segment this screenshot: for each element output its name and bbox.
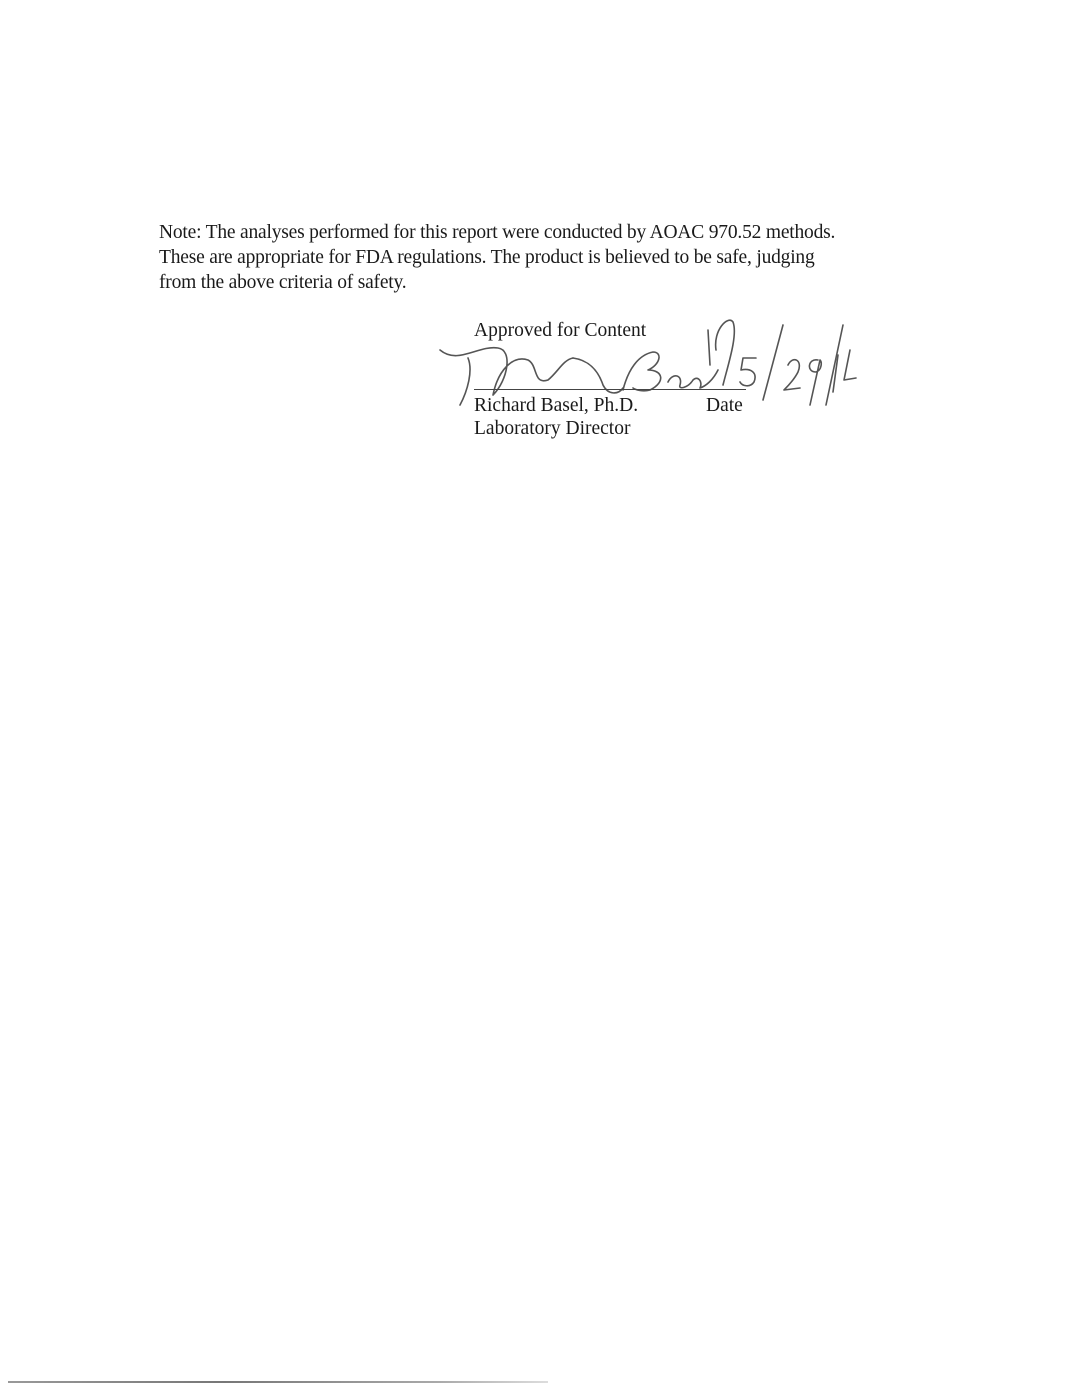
signer-name: Richard Basel, Ph.D. — [474, 393, 638, 418]
approval-label: Approved for Content — [474, 318, 646, 343]
note-paragraph: Note: The analyses performed for this re… — [159, 220, 939, 295]
signer-title: Laboratory Director — [474, 416, 630, 441]
note-line-3: from the above criteria of safety. — [159, 270, 939, 295]
date-label: Date — [706, 393, 743, 418]
signature-line — [474, 389, 746, 390]
note-line-2: These are appropriate for FDA regulation… — [159, 245, 939, 270]
bottom-rule — [8, 1381, 548, 1383]
note-line-1: Note: The analyses performed for this re… — [159, 220, 939, 245]
